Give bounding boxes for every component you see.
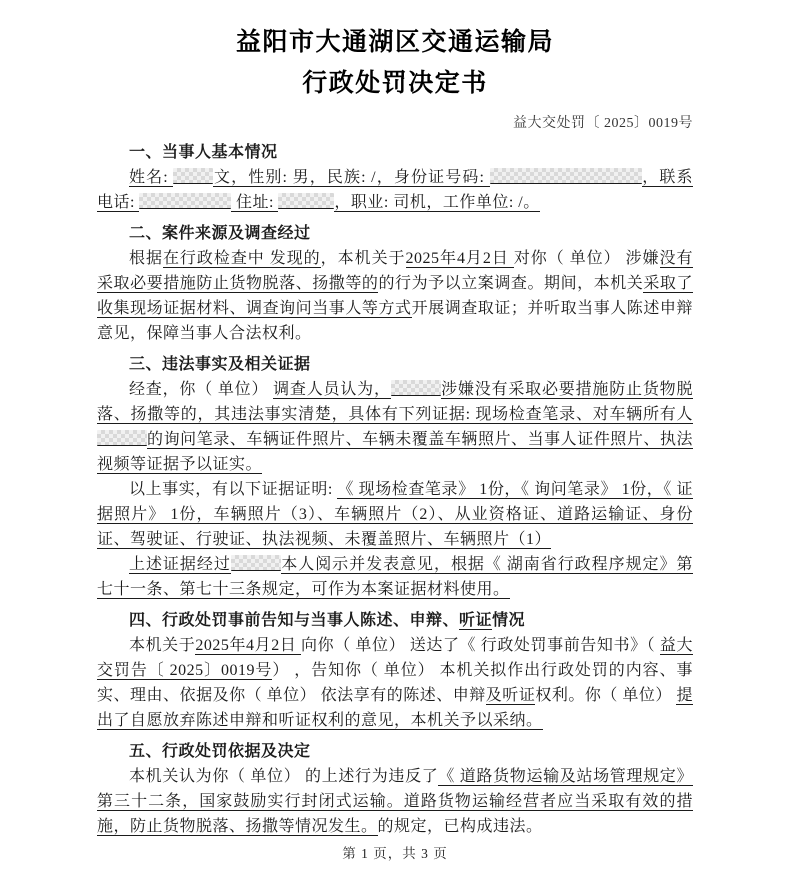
text-run: 对你（ 单位） 涉嫌 xyxy=(514,250,660,267)
document-section: 二、案件来源及调查经过根据在行政检查中 发现的，本机关于2025年4月2日 对你… xyxy=(97,221,693,346)
text-run: 本机关于 xyxy=(129,637,195,654)
paragraph: 根据在行政检查中 发现的，本机关于2025年4月2日 对你（ 单位） 涉嫌没有采… xyxy=(97,246,693,346)
text-run: 四、行政处罚事前告知与当事人陈述、申辩、 xyxy=(129,612,459,629)
document-number: 益大交处罚〔 2025〕0019号 xyxy=(97,114,693,134)
text-run: 姓名: xyxy=(129,169,173,187)
text-run: 二、案件来源及调查经过 xyxy=(129,225,311,242)
redacted-text xyxy=(173,168,213,184)
redacted-text xyxy=(278,193,334,209)
text-run: 的行为予以立案调查。期间，本机关 xyxy=(378,275,643,292)
text-run: 根据 xyxy=(129,250,163,267)
redacted-text xyxy=(490,168,642,184)
paragraph: 以上事实，有以下证据证明: 《 现场检查笔录》 1份，《 询问笔录》 1份，《 … xyxy=(97,477,693,552)
text-run: 及听证 xyxy=(486,687,536,705)
text-run: 向你（ 单位） 送达了《 行政处罚事前告知书》（ xyxy=(301,637,660,654)
document-body: 一、当事人基本情况姓名: 文，性别: 男，民族: /，身份证号码: ，联系电话:… xyxy=(97,140,693,839)
text-run: 本机关认为你（ 单位） 的上述行为违反了 xyxy=(129,768,438,785)
paragraph: 姓名: 文，性别: 男，民族: /，身份证号码: ，联系电话: 住址: ，职业:… xyxy=(97,165,693,215)
paragraph: 本机关于2025年4月2日 向你（ 单位） 送达了《 行政处罚事前告知书》（ 益… xyxy=(97,633,693,733)
redacted-text xyxy=(391,380,441,396)
redacted-text xyxy=(139,193,231,209)
text-run: 情况 xyxy=(492,612,525,629)
text-run: 2025年4月2日 xyxy=(406,250,514,268)
text-run: 经查，你（ 单位） xyxy=(129,381,273,398)
paragraph: 本机关认为你（ 单位） 的上述行为违反了《 道路货物运输及站场管理规定》第三十二… xyxy=(97,764,693,839)
section-heading: 五、行政处罚依据及决定 xyxy=(97,739,693,764)
text-run: 在行政检查中 发现的 xyxy=(163,250,321,268)
text-run: ，本机关于 xyxy=(321,250,406,267)
text-run: 的询问笔录、车辆证件照片、车辆未覆盖车辆照片、当事人证件照片、执法视频等证据予以… xyxy=(97,431,693,474)
text-run: 的规定，已构成违法。 xyxy=(378,818,543,835)
section-heading: 二、案件来源及调查经过 xyxy=(97,221,693,246)
section-heading: 四、行政处罚事前告知与当事人陈述、申辩、听证情况 xyxy=(97,608,693,633)
text-run: 权利。你（ 单位） xyxy=(535,687,676,704)
text-run: 2025年4月2日 xyxy=(195,637,301,655)
text-run: 三、违法事实及相关证据 xyxy=(129,356,311,373)
text-run: 五、行政处罚依据及决定 xyxy=(129,743,311,760)
document-type-title: 行政处罚决定书 xyxy=(97,63,693,104)
text-run: 住址: xyxy=(231,194,278,212)
page-number-footer: 第 1 页，共 3 页 xyxy=(0,842,790,862)
document-section: 五、行政处罚依据及决定本机关认为你（ 单位） 的上述行为违反了《 道路货物运输及… xyxy=(97,739,693,839)
text-run: 上述证据经过 xyxy=(129,556,231,574)
document-section: 一、当事人基本情况姓名: 文，性别: 男，民族: /，身份证号码: ，联系电话:… xyxy=(97,140,693,215)
text-run: 调查人员认为， xyxy=(273,381,391,399)
text-run: 文，性别: 男，民族: /，身份证号码: xyxy=(213,169,489,187)
issuing-authority-title: 益阳市大通湖区交通运输局 xyxy=(97,22,693,63)
paragraph: 经查，你（ 单位） 调查人员认为，涉嫌没有采取必要措施防止货物脱落、扬撒等的，其… xyxy=(97,377,693,477)
text-run: 听证 xyxy=(459,612,492,630)
text-run: 以上事实，有以下证据证明: xyxy=(129,481,337,498)
section-heading: 三、违法事实及相关证据 xyxy=(97,352,693,377)
text-run: 一、当事人基本情况 xyxy=(129,144,278,161)
penalty-decision-document: 益阳市大通湖区交通运输局 行政处罚决定书 益大交处罚〔 2025〕0019号 一… xyxy=(0,0,790,884)
paragraph: 上述证据经过本人阅示并发表意见，根据《 湖南省行政程序规定》第七十一条、第七十三… xyxy=(97,552,693,602)
document-section: 四、行政处罚事前告知与当事人陈述、申辩、听证情况本机关于2025年4月2日 向你… xyxy=(97,608,693,733)
text-run: ，职业: 司机，工作单位: /。 xyxy=(334,194,539,212)
section-heading: 一、当事人基本情况 xyxy=(97,140,693,165)
redacted-text xyxy=(231,555,281,571)
document-section: 三、违法事实及相关证据经查，你（ 单位） 调查人员认为，涉嫌没有采取必要措施防止… xyxy=(97,352,693,602)
redacted-text xyxy=(97,430,147,446)
